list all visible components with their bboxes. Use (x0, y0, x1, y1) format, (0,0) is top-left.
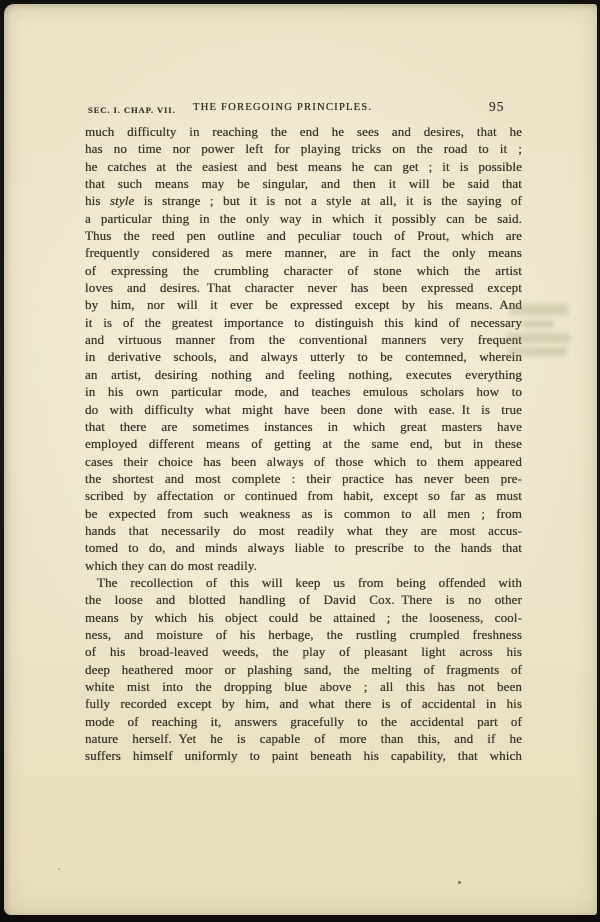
text-line: much difficulty in reaching the end he s… (85, 123, 522, 140)
text-line: that such means may be singular, and the… (85, 175, 522, 192)
running-header: SEC. I. CHAP. VII. THE FOREGOING PRINCIP… (4, 99, 597, 121)
text-line: of his broad-leaved weeds, the play of p… (85, 643, 522, 660)
page-number: 95 (489, 99, 505, 115)
text-line: deep heathered moor or plashing sand, th… (85, 661, 522, 678)
text-line: employed different means of getting at t… (85, 435, 522, 452)
text-line: has no time nor power left for playing t… (85, 140, 522, 157)
ink-speck (58, 868, 60, 870)
text-line: it is of the greatest importance to dist… (85, 314, 522, 331)
text-line: the shortest and most complete : their p… (85, 470, 522, 487)
text-line: means by which his object could be attai… (85, 609, 522, 626)
text-line: of expressing the crumbling character of… (85, 262, 522, 279)
paragraph: much difficulty in reaching the end he s… (85, 123, 522, 574)
text-line: a particular thing in the only way in wh… (85, 210, 522, 227)
text-line: he catches at the easiest and best means… (85, 158, 522, 175)
show-through-ghost (506, 333, 570, 343)
text-line: hands that necessarily do most readily w… (85, 522, 522, 539)
text-line: loves and desires. That character never … (85, 279, 522, 296)
text-line: fully recorded except by him, and what t… (85, 695, 522, 712)
ink-speck (458, 881, 461, 884)
page-header-title: THE FOREGOING PRINCIPLES. (193, 102, 372, 113)
text-line: nature herself. Yet he is capable of mor… (85, 730, 522, 747)
text-line: The recollection of this will keep us fr… (85, 574, 522, 591)
text-line: suffers himself uniformly to paint benea… (85, 747, 522, 764)
text-line: the loose and blotted handling of David … (85, 591, 522, 608)
text-line: Thus the reed pen outline and peculiar t… (85, 227, 522, 244)
paragraph: The recollection of this will keep us fr… (85, 574, 522, 765)
text-line: which they can do most readily. (85, 557, 522, 574)
text-line: cases their choice has been always of th… (85, 453, 522, 470)
text-line: that there are sometimes instances in wh… (85, 418, 522, 435)
section-chapter-label: SEC. I. CHAP. VII. (88, 105, 176, 115)
text-block: much difficulty in reaching the end he s… (85, 123, 522, 765)
text-line: and virtuous manner from the conventiona… (85, 331, 522, 348)
text-line: scribed by affectation or continued from… (85, 487, 522, 504)
text-line: ness, and moisture of his herbage, the r… (85, 626, 522, 643)
text-line: frequently considered as mere manner, ar… (85, 244, 522, 261)
show-through-ghost (522, 320, 554, 328)
book-page: SEC. I. CHAP. VII. THE FOREGOING PRINCIP… (4, 4, 597, 915)
text-line: an artist, desiring nothing and feeling … (85, 366, 522, 383)
text-line: by him, nor will it ever be expressed ex… (85, 296, 522, 313)
text-line: do with difficulty what might have been … (85, 401, 522, 418)
show-through-ghost (509, 347, 567, 356)
text-line: his style is strange ; but it is not a s… (85, 192, 522, 209)
text-line: tomed to do, and minds always liable to … (85, 539, 522, 556)
text-line: mode of reaching it, answers gracefully … (85, 713, 522, 730)
text-line: white mist into the dropping blue above … (85, 678, 522, 695)
text-line: in derivative schools, and always utterl… (85, 348, 522, 365)
show-through-ghost (510, 304, 568, 315)
text-line: in his own particular mode, and teaches … (85, 383, 522, 400)
scan-frame: SEC. I. CHAP. VII. THE FOREGOING PRINCIP… (0, 0, 600, 922)
text-line: be expected from such weakness as is com… (85, 505, 522, 522)
